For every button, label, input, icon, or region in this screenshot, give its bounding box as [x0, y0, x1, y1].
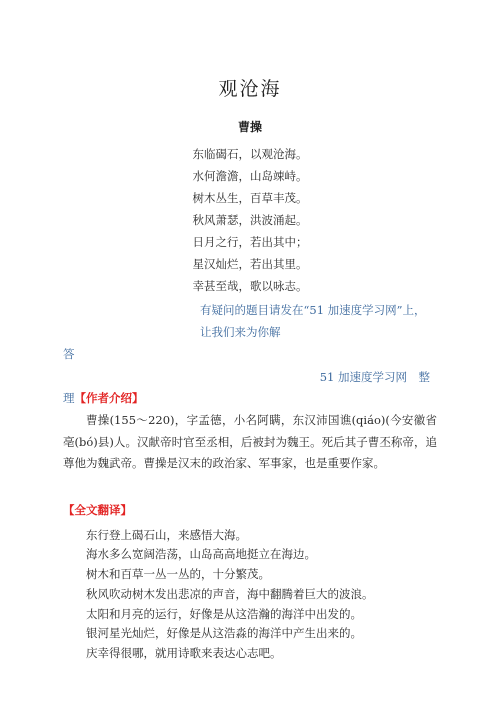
translation-line: 东行登上碣石山，来感悟大海。 — [63, 526, 437, 546]
author-intro-heading-line: 理【作者介绍】 — [63, 389, 437, 408]
site-attribution: 51 加速度学习网 整 — [63, 366, 437, 388]
poem-author: 曹操 — [63, 118, 437, 135]
poem-body: 东临碣石，以观沧海。 水何澹澹，山岛竦峙。 树木丛生，百草丰茂。 秋风萧瑟，洪波… — [63, 143, 437, 297]
translation-heading-line: 【全文翻译】 — [63, 501, 437, 519]
author-intro-paragraph: 曹操(155～220)，字孟德，小名阿瞒，东汉沛国谯(qiáo)(今安徽省亳(b… — [63, 410, 437, 475]
translation-line: 秋风吹动树木发出悲凉的声音，海中翻腾着巨大的波浪。 — [63, 585, 437, 605]
translation-body: 东行登上碣石山，来感悟大海。 海水多么宽阔浩荡，山岛高高地挺立在海边。 树木和百… — [63, 526, 437, 665]
translation-heading: 【全文翻译】 — [63, 503, 132, 517]
document-page: 观沧海 曹操 东临碣石，以观沧海。 水何澹澹，山岛竦峙。 树木丛生，百草丰茂。 … — [0, 0, 500, 707]
document-content: 观沧海 曹操 东临碣石，以观沧海。 水何澹澹，山岛竦峙。 树木丛生，百草丰茂。 … — [0, 0, 500, 664]
poem-line: 东临碣石，以观沧海。 — [63, 143, 437, 165]
poem-line: 日月之行，若出其中； — [63, 231, 437, 253]
poem-line: 星汉灿烂，若出其里。 — [63, 253, 437, 275]
translation-line: 太阳和月亮的运行，好像是从这浩瀚的海洋中出发的。 — [63, 605, 437, 625]
poem-line: 幸甚至哉，歌以咏志。 — [63, 275, 437, 297]
translation-line: 海水多么宽阔浩荡，山岛高高地挺立在海边。 — [63, 545, 437, 565]
site-notice-line: 有疑问的题目请发在“51 加速度学习网”上，让我们来为你解 — [200, 299, 437, 343]
poem-line: 秋风萧瑟，洪波涌起。 — [63, 209, 437, 231]
translation-line: 庆幸得很哪，就用诗歌来表达心志吧。 — [63, 644, 437, 664]
poem-title: 观沧海 — [63, 0, 437, 101]
attribution-wrap-char: 理 — [63, 391, 75, 405]
poem-line: 水何澹澹，山岛竦峙。 — [63, 165, 437, 187]
author-intro-heading: 【作者介绍】 — [75, 391, 144, 405]
poem-line: 树木丛生，百草丰茂。 — [63, 187, 437, 209]
translation-line: 树木和百草一丛一丛的，十分繁茂。 — [63, 565, 437, 585]
site-notice-wrap: 答 — [63, 343, 437, 366]
site-notice: 有疑问的题目请发在“51 加速度学习网”上，让我们来为你解 答 — [63, 299, 437, 366]
translation-line: 银河星光灿烂，好像是从这浩淼的海洋中产生出来的。 — [63, 624, 437, 644]
